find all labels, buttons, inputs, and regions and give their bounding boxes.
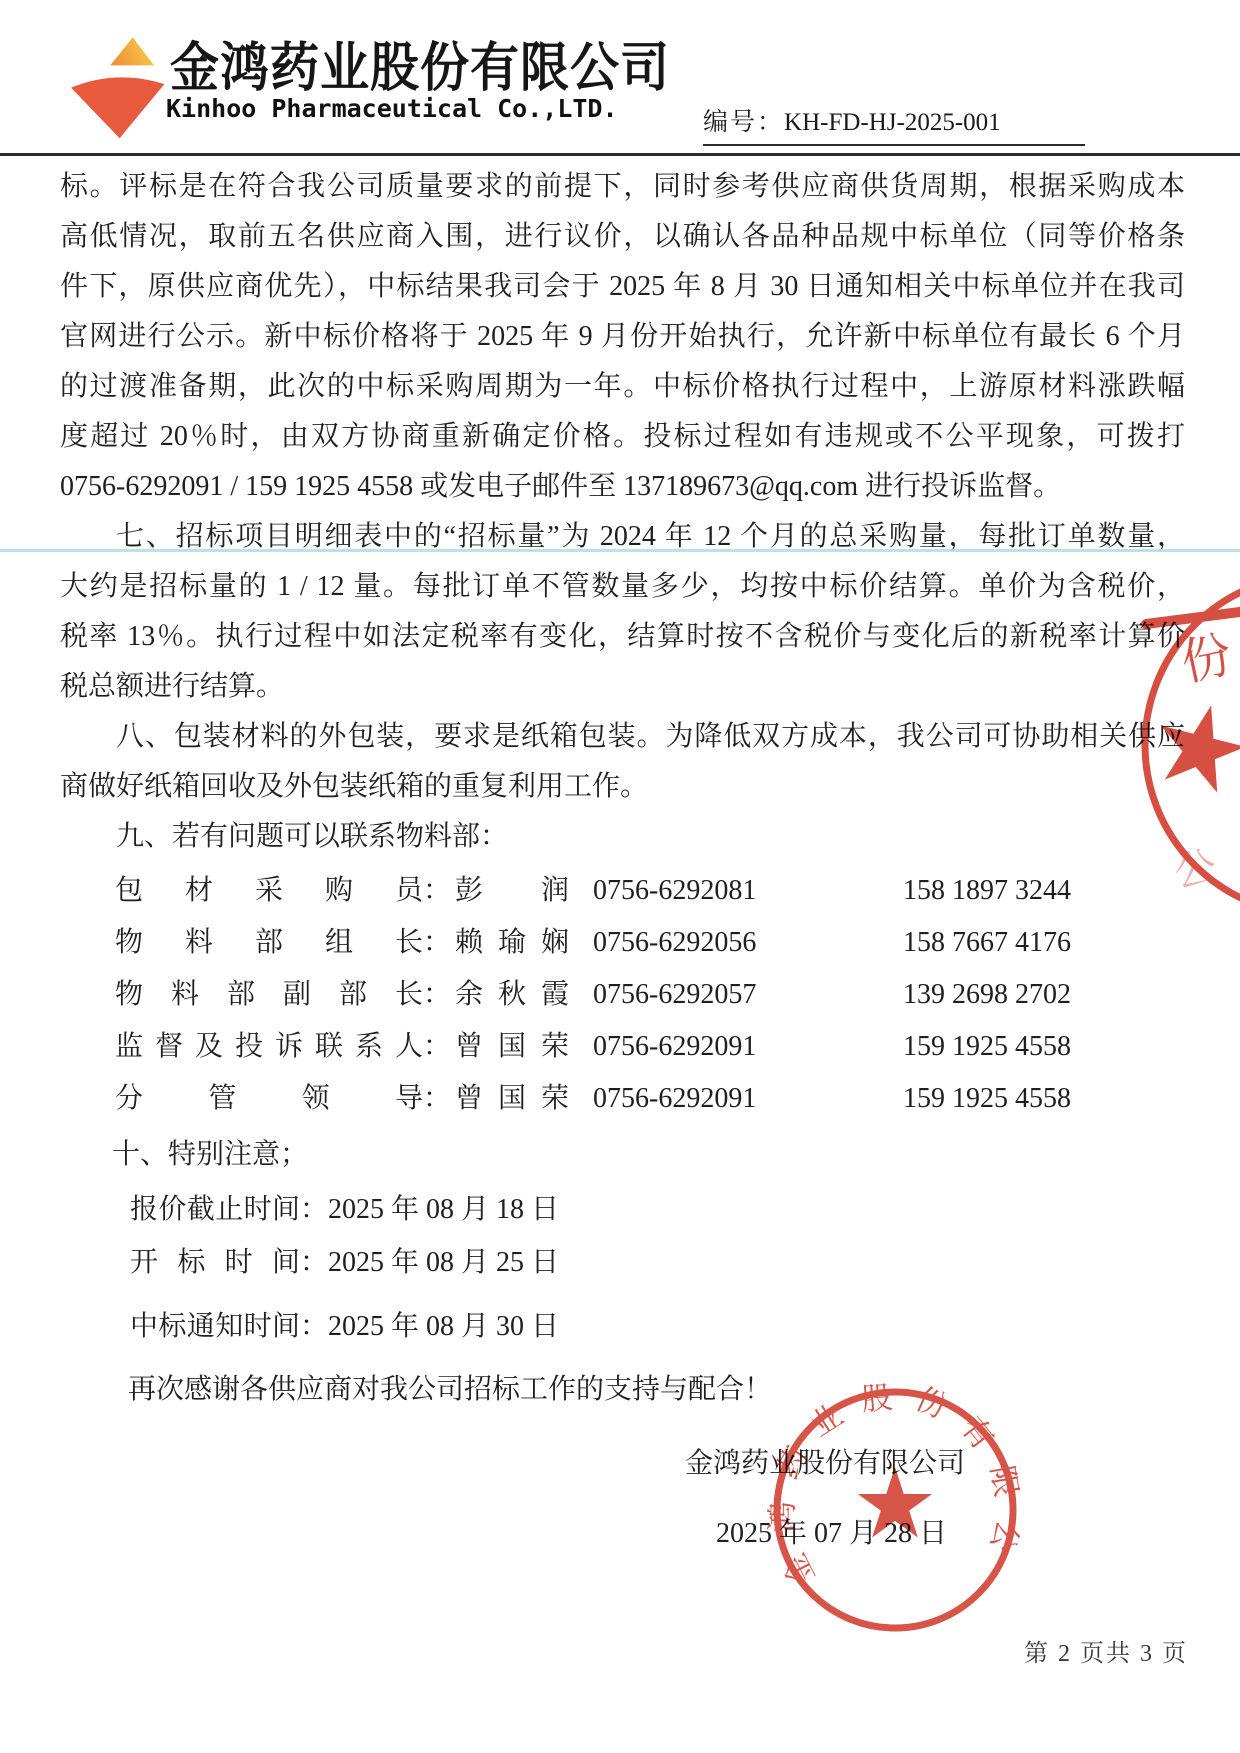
notice-time-row: 中标通知时间：2025 年 08 月 30 日 — [130, 1302, 1185, 1352]
body-line: 税总额进行结算。 — [60, 662, 1185, 712]
edge-seal-stroke — [1146, 612, 1240, 624]
seal-star-icon — [858, 1467, 932, 1538]
logo-bottom-fan — [71, 77, 164, 138]
contact-colon: ： — [423, 875, 451, 906]
body-paragraphs: 标。评标是在符合我公司质量要求的前提下，同时参考供应商供货周期，根据采购成本高低… — [60, 162, 1185, 862]
body-line: 大约是招标量的 1 / 12 量。每批订单不管数量多少，均按中标价结算。单价为含… — [60, 562, 1185, 612]
document-number-label: 编号： — [703, 109, 784, 136]
body-line: 八、包装材料的外包装，要求是纸箱包装。为降低双方成本，我公司可协助相关供应 — [60, 712, 1185, 762]
contact-telephone: 0756-6292057 — [593, 969, 835, 1021]
edge-seal-char-1: 份 — [1176, 626, 1237, 691]
notice-time-colon: ： — [300, 1247, 328, 1278]
logo-top-triangle — [110, 37, 154, 65]
document-page: 金鸿药业股份有限公司 Kinhoo Pharmaceutical Co.,LTD… — [0, 0, 1240, 1753]
body-line: 度超过 20％时，由双方协商重新确定价格。投标过程如有违规或不公平现象，可拨打 — [60, 412, 1185, 462]
contact-colon: ： — [423, 979, 451, 1010]
contact-person: 曾国荣 — [455, 1073, 569, 1125]
page-number: 第 2 页共 3 页 — [1024, 1633, 1188, 1668]
contact-mobile: 158 7667 4176 — [903, 917, 1071, 969]
contact-mobile: 139 2698 2702 — [903, 969, 1071, 1021]
body-line: 件下，原供应商优先），中标结果我司会于 2025 年 8 月 30 日通知相关中… — [60, 262, 1185, 312]
contact-person: 曾国荣 — [455, 1021, 569, 1073]
body-line: 九、若有问题可以联系物料部： — [60, 812, 1185, 862]
contact-mobile: 159 1925 4558 — [903, 1073, 1071, 1125]
document-number-value: KH-FD-HJ-2025-001 — [784, 109, 1001, 136]
contact-role: 监督及投诉联系人 — [115, 1021, 423, 1073]
contact-person: 彭润 — [455, 865, 569, 917]
notice-time-row: 报价截止时间：2025 年 08 月 18 日 — [130, 1185, 1185, 1235]
contact-list: 包材采购员：彭润0756-6292081158 1897 3244物料部组长：赖… — [60, 865, 1185, 1125]
contact-role: 包材采购员 — [115, 865, 423, 917]
notice-time-row: 开标时间：2025 年 08 月 25 日 — [130, 1238, 1185, 1288]
notice-time-colon: ： — [300, 1194, 328, 1225]
body-line: 标。评标是在符合我公司质量要求的前提下，同时参考供应商供货周期，根据采购成本 — [60, 162, 1185, 212]
edge-seal-char-2: 公 — [1171, 845, 1219, 896]
edge-seal-star-icon — [1149, 695, 1240, 797]
body-line: 七、招标项目明细表中的“招标量”为 2024 年 12 个月的总采购量，每批订单… — [60, 512, 1185, 562]
body-line: 0756-6292091 / 159 1925 4558 或发电子邮件至 137… — [60, 462, 1185, 512]
company-logo — [58, 26, 170, 144]
contact-colon: ： — [423, 1031, 451, 1062]
notice-times: 报价截止时间：2025 年 08 月 18 日开标时间：2025 年 08 月 … — [60, 1185, 1185, 1352]
notice-time-colon: ： — [300, 1311, 328, 1342]
contact-role: 物料部组长 — [115, 917, 423, 969]
notice-time-value: 2025 年 08 月 18 日 — [328, 1194, 559, 1225]
notice-time-value: 2025 年 08 月 25 日 — [328, 1247, 559, 1278]
company-name-en: Kinhoo Pharmaceutical Co.,LTD. — [166, 94, 618, 123]
contact-row: 包材采购员：彭润0756-6292081158 1897 3244 — [115, 865, 1185, 917]
body-line: 官网进行公示。新中标价格将于 2025 年 9 月份开始执行，允许新中标单位有最… — [60, 312, 1185, 362]
document-body: 标。评标是在符合我公司质量要求的前提下，同时参考供应商供货周期，根据采购成本高低… — [0, 156, 1240, 1556]
contact-person: 余秋霞 — [455, 969, 569, 1021]
contact-colon: ： — [423, 927, 451, 958]
body-line: 商做好纸箱回收及外包装纸箱的重复利用工作。 — [60, 762, 1185, 812]
contact-telephone: 0756-6292056 — [593, 917, 835, 969]
contact-mobile: 158 1897 3244 — [903, 865, 1071, 917]
scan-artifact-line — [0, 549, 1240, 552]
contact-telephone: 0756-6292091 — [593, 1073, 835, 1125]
notice-time-label: 中标通知时间 — [130, 1302, 300, 1352]
notice-time-label: 报价截止时间 — [130, 1185, 300, 1235]
contact-row: 分管领导：曾国荣0756-6292091159 1925 4558 — [115, 1073, 1185, 1125]
body-line: 税率 13％。执行过程中如法定税率有变化，结算时按不含税价与变化后的新税率计算价 — [60, 612, 1185, 662]
contact-person: 赖瑜娴 — [455, 917, 569, 969]
contact-role: 物料部副部长 — [115, 969, 423, 1021]
section-10-heading: 十、特别注意； — [60, 1130, 1185, 1180]
contact-row: 监督及投诉联系人：曾国荣0756-6292091159 1925 4558 — [115, 1021, 1185, 1073]
notice-time-value: 2025 年 08 月 30 日 — [328, 1311, 559, 1342]
edge-seal-stamp: 份 公 — [1128, 572, 1240, 904]
letterhead: 金鸿药业股份有限公司 Kinhoo Pharmaceutical Co.,LTD… — [0, 0, 1240, 156]
contact-row: 物料部副部长：余秋霞0756-6292057139 2698 2702 — [115, 969, 1185, 1021]
contact-mobile: 159 1925 4558 — [903, 1021, 1071, 1073]
body-line: 的过渡准备期，此次的中标采购周期为一年。中标价格执行过程中，上游原材料涨跌幅 — [60, 362, 1185, 412]
company-name-cn: 金鸿药业股份有限公司 — [170, 26, 670, 102]
company-seal-stamp: 金鸿药业股份有限公司 — [763, 1372, 1027, 1656]
contact-colon: ： — [423, 1083, 451, 1114]
contact-telephone: 0756-6292081 — [593, 865, 835, 917]
body-line: 高低情况，取前五名供应商入围，进行议价，以确认各品种品规中标单位（同等价格条 — [60, 212, 1185, 262]
contact-row: 物料部组长：赖瑜娴0756-6292056158 7667 4176 — [115, 917, 1185, 969]
document-number: 编号：KH-FD-HJ-2025-001 — [703, 102, 1085, 146]
contact-role: 分管领导 — [115, 1073, 423, 1125]
notice-time-label: 开标时间 — [130, 1238, 300, 1288]
contact-telephone: 0756-6292091 — [593, 1021, 835, 1073]
